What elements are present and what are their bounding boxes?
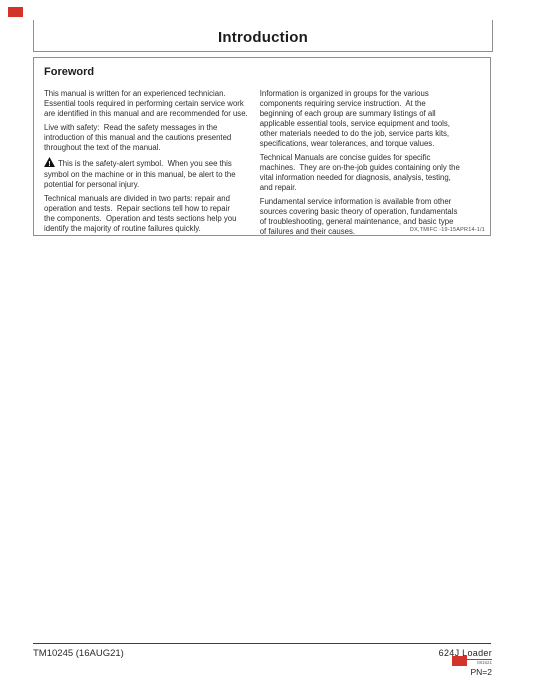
safety-alert-icon: ! bbox=[44, 157, 55, 170]
right-column: Information is organized in groups for t… bbox=[260, 89, 460, 241]
registration-mark-top-left bbox=[8, 7, 23, 17]
page-title: Introduction bbox=[218, 25, 308, 46]
paragraph-information-groups: Information is organized in groups for t… bbox=[260, 89, 460, 149]
paragraph-technician: This manual is written for an experience… bbox=[44, 89, 248, 119]
footer-rule bbox=[33, 643, 491, 644]
section-reference-code: DX,TMIFC -19-15APR14-1/1 bbox=[410, 227, 485, 233]
paragraph-live-with-safety: Live with safety: Read the safety messag… bbox=[44, 123, 248, 153]
svg-text:!: ! bbox=[48, 159, 50, 167]
paragraph-safety-alert: !This is the safety-alert symbol. When y… bbox=[44, 157, 248, 190]
left-column: This manual is written for an experience… bbox=[44, 89, 248, 238]
footer-manual-number: TM10245 (16AUG21) bbox=[33, 648, 124, 659]
manual-page: Introduction Foreword This manual is wri… bbox=[0, 0, 541, 700]
paragraph-two-parts: Technical manuals are divided in two par… bbox=[44, 194, 248, 234]
page-title-box: Introduction bbox=[33, 20, 493, 52]
paragraph-concise-guides: Technical Manuals are concise guides for… bbox=[260, 153, 460, 193]
safety-alert-text: This is the safety-alert symbol. When yo… bbox=[44, 159, 236, 189]
foreword-section: Foreword This manual is written for an e… bbox=[33, 57, 491, 236]
two-column-text: This manual is written for an experience… bbox=[44, 89, 484, 241]
registration-mark-bottom-right bbox=[452, 656, 467, 666]
footer-page-number: PN=2 bbox=[439, 667, 492, 677]
foreword-heading: Foreword bbox=[44, 66, 484, 78]
